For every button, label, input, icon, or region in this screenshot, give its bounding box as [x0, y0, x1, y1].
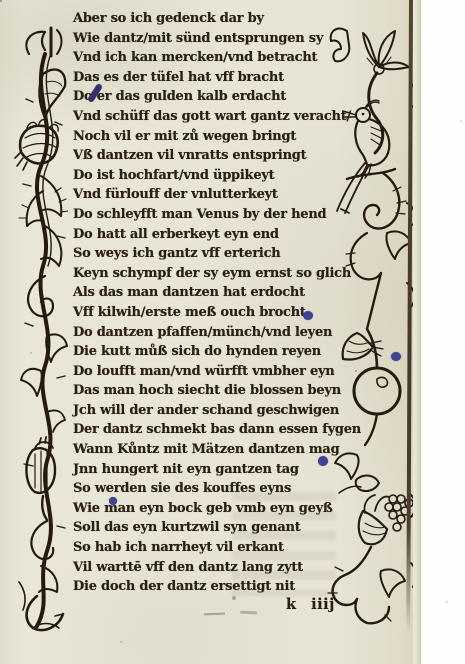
poem-line: Als das man dantzen hat erdocht [73, 283, 343, 303]
poem-line: Do loufft man/vnd würfft vmbher eyn [73, 362, 343, 382]
quire-signature-mark: k iiij [286, 596, 335, 613]
pencil-dash [204, 613, 225, 616]
poem-line: Die kutt můß sich do hynden reyen [73, 342, 343, 362]
poem-line: Das es der tüfel hat vff bracht [73, 68, 343, 88]
poem-line: Jnn hungert nit eyn gantzen tag [73, 460, 343, 480]
blue-ink-dot [303, 311, 313, 320]
poem-line: Vß dantzen vil vnratts entspringt [73, 146, 343, 166]
poem-line: Do ist hochfart/vnd üppikeyt [73, 166, 343, 186]
paper-page: Aber so ich gedenck dar byWie dantz/mit … [0, 0, 421, 664]
poem-line: Keyn schympf der sy eym ernst so glich [73, 264, 343, 284]
poem-line: Wie dantz/mit sünd entsprungen sy [73, 29, 343, 49]
page-edge-sliver [413, 0, 421, 664]
poem-line: Wann Kůntz mit Mätzen dantzen mag [73, 440, 343, 460]
poem-line: Do dantzen pfaffen/münch/vnd leyen [73, 323, 343, 343]
poem-line: Der dantz schmekt bas dann essen fygen [73, 420, 343, 440]
blue-ink-dot [109, 497, 117, 505]
blue-ink-dot [391, 352, 401, 361]
scanned-book-page: { "document": { "kind": "early printed b… [0, 0, 465, 664]
poem-line: Das man hoch siecht die blossen beyn [73, 381, 343, 401]
blue-ink-dot [318, 456, 328, 466]
poem-line: Vnd fürlouff der vnlutterkeyt [73, 185, 343, 205]
poem-line: Do er das gulden kalb erdacht [73, 87, 343, 107]
verso-show-through [232, 492, 336, 596]
paper-specks [0, 0, 2, 2]
poem-line: Vnd ich kan mercken/vnd betracht [73, 48, 343, 68]
left-floral-border-woodcut [11, 26, 68, 632]
poem-line: Do schleyfft man Venus by der hend [73, 205, 343, 225]
poem-line: Aber so ich gedenck dar by [73, 9, 343, 29]
pencil-dash [240, 611, 257, 615]
poem-line: So weys ich gantz vff erterich [73, 244, 343, 264]
poem-line: Noch vil er mit zů wegen bringt [73, 127, 343, 147]
poem-line: Do hatt all erberkeyt eyn end [73, 225, 343, 245]
poem-line: Vnd schüff das gott wart gantz veracht/ [73, 107, 343, 127]
poem-line: Jch will der ander schand geschwigen [73, 401, 343, 421]
